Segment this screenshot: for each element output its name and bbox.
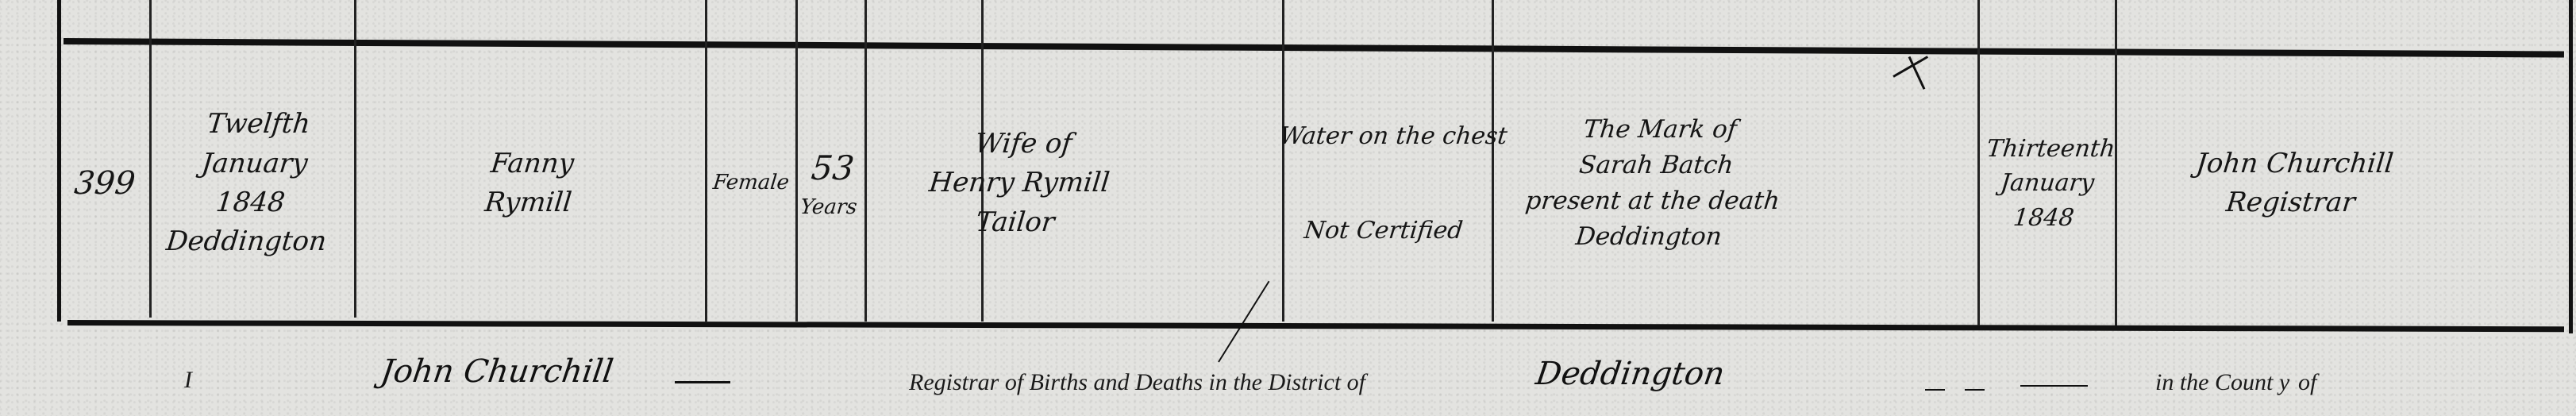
- registrar-title: Registrar: [2224, 183, 2357, 222]
- relation: Wife of: [973, 125, 1074, 164]
- when-where-died-cell: Twelfth January 1848 Deddington: [138, 49, 367, 318]
- margin-check-mark: [1218, 281, 1269, 363]
- informant-mark: The Mark of: [1581, 112, 1738, 148]
- registered-year: 1848: [2012, 201, 2076, 236]
- informant-name: Sarah Batch: [1577, 148, 1735, 183]
- surname: Rymill: [483, 183, 573, 222]
- register-page: 399 Twelfth January 1848 Deddington Fann…: [0, 0, 2576, 416]
- registrar-name: John Churchill: [2194, 144, 2396, 183]
- cause-of-death-cell: Water on the chest Not Certified: [1272, 49, 1505, 318]
- certification-status: Not Certified: [1303, 214, 1465, 248]
- death-place: Deddington: [164, 222, 329, 261]
- informant-cell: The Mark of Sarah Batch present at the d…: [1481, 49, 1827, 318]
- footer-name-underline: [675, 381, 730, 383]
- death-month: January: [199, 144, 310, 183]
- sex-value: Female: [711, 168, 791, 198]
- footer-prefix: I: [184, 367, 192, 394]
- cause-of-death: Water on the chest: [1278, 119, 1509, 154]
- when-registered-cell: Thirteenth January 1848: [1966, 49, 2128, 318]
- husband-occupation: Tailor: [974, 203, 1057, 242]
- rank-profession-cell: Wife of Henry Rymill Tailor: [853, 49, 1185, 318]
- age-number: 53: [809, 144, 857, 193]
- footer-dash-3: [2020, 385, 2088, 387]
- footer-printed-text: Registrar of Births and Deaths in the Di…: [909, 369, 1365, 396]
- registered-day: Thirteenth: [1985, 132, 2117, 167]
- row-bottom-rule: [67, 320, 2564, 332]
- footer-of-text: of: [2298, 369, 2316, 396]
- entry-number-value: 399: [72, 160, 137, 206]
- name-surname-cell: Fanny Rymill: [343, 49, 718, 318]
- registrar-signature-cell: John Churchill Registrar: [2104, 49, 2482, 318]
- footer-district: Deddington: [1534, 356, 1727, 392]
- footer-county-text: in the Count y: [2155, 369, 2289, 396]
- forename: Fanny: [489, 144, 576, 183]
- footer-dash-2: [1965, 389, 1985, 391]
- informant-qualification: present at the death: [1523, 183, 1781, 219]
- informant-residence: Deddington: [1574, 219, 1723, 255]
- right-border: [2569, 0, 2573, 333]
- death-day: Twelfth: [205, 105, 312, 144]
- registered-month: January: [1999, 166, 2096, 201]
- husband-name: Henry Rymill: [927, 164, 1111, 202]
- footer-registrar-name: John Churchill: [379, 353, 616, 390]
- death-year: 1848: [214, 183, 287, 222]
- footer-dash-1: [1925, 389, 1945, 391]
- age-unit: Years: [799, 193, 859, 223]
